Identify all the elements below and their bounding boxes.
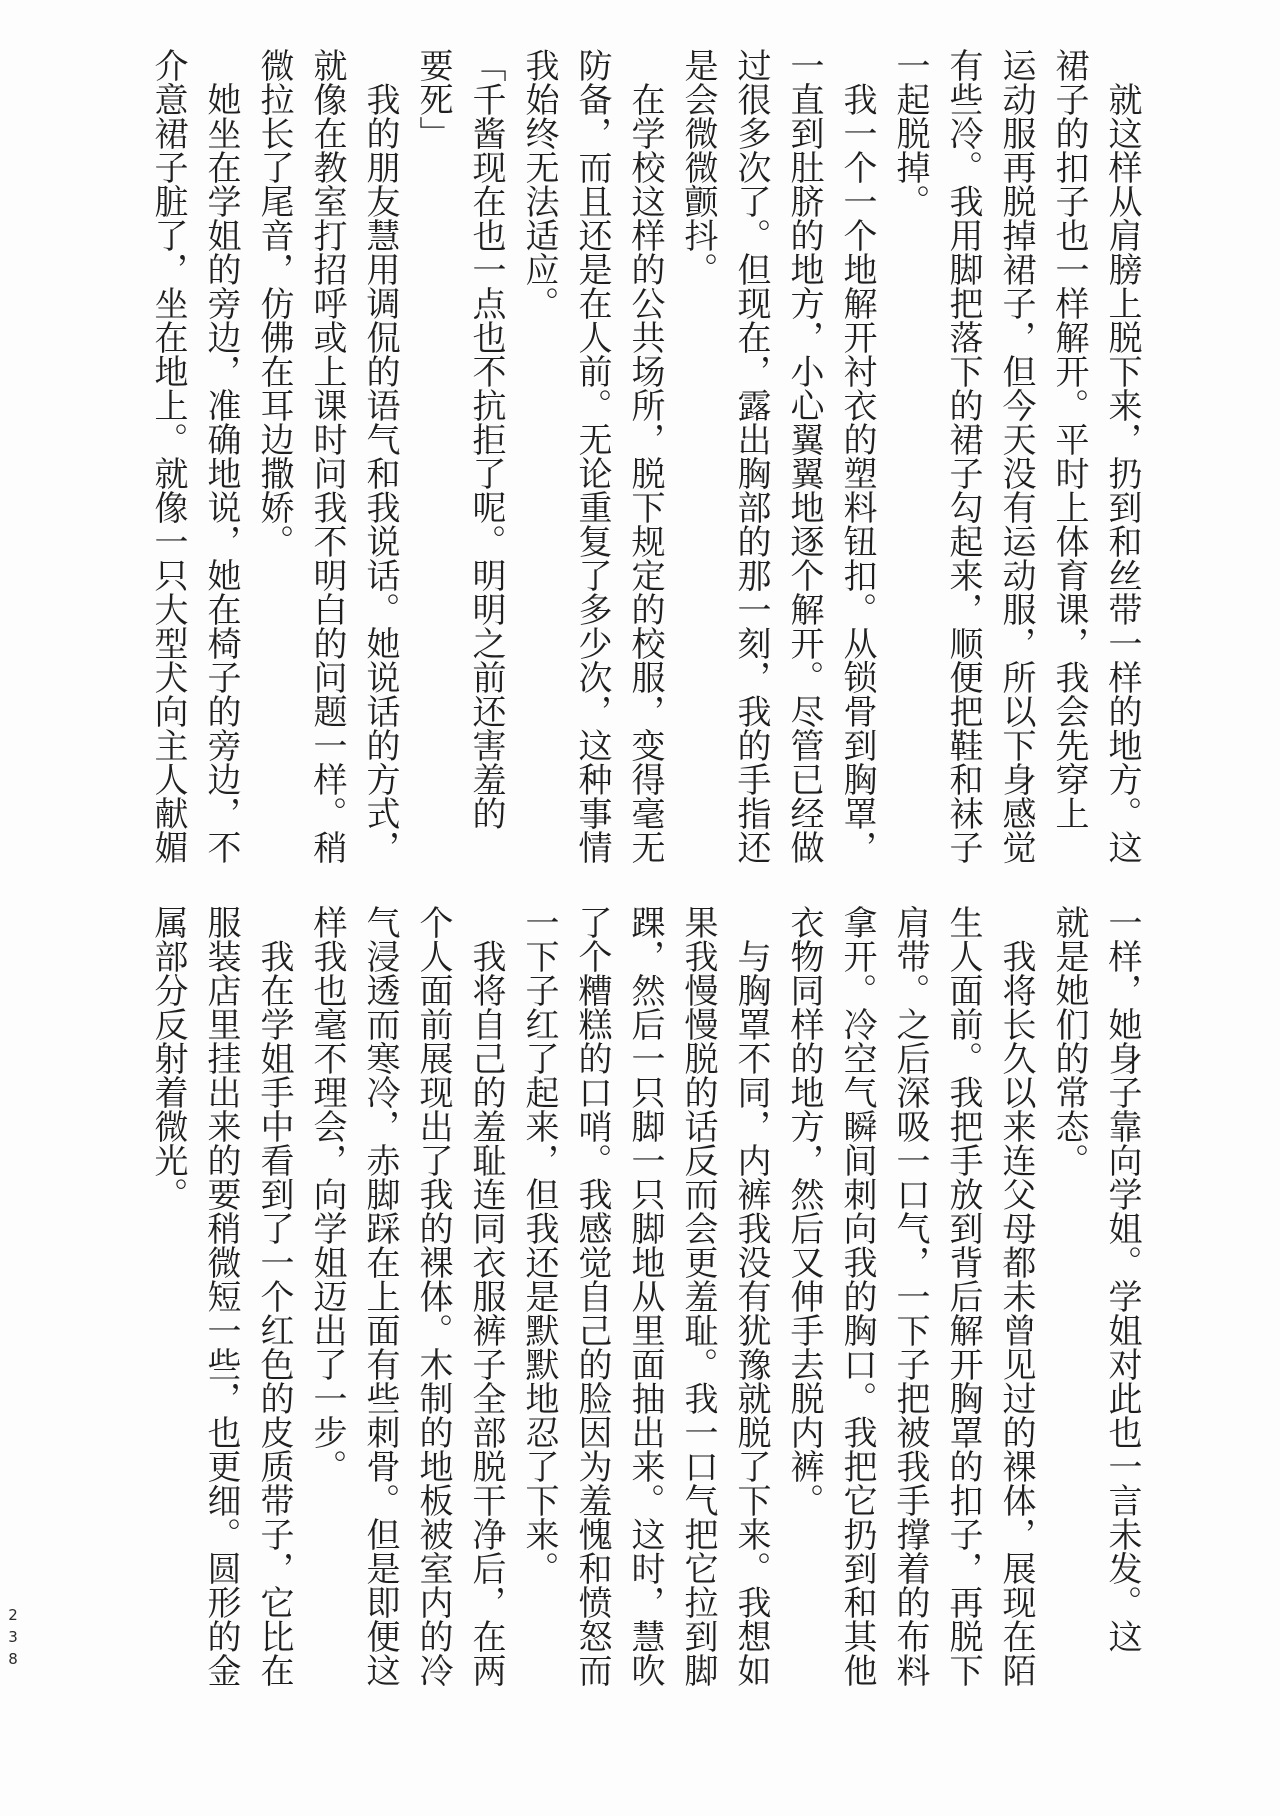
text-column: 要死」 [406,48,459,884]
book-page: 就这样从肩膀上脱下来，扔到和丝带一样的地方。这 裙子的扣子也一样解开。平时上体育… [0,0,1280,1816]
text-column: 了个糟糕的口哨。我感觉自己的脸因为羞愧和愤怒而 [565,905,618,1695]
text-column: 一起脱掉。 [883,48,936,884]
text-column: 衣物同样的地方，然后又伸手去脱内裤。 [777,905,830,1695]
text-column: 在学校这样的公共场所，脱下规定的校服，变得毫无 [618,48,671,884]
text-column: 就是她们的常态。 [1042,905,1095,1695]
text-column: 与胸罩不同，内裤我没有犹豫就脱了下来。我想如 [724,905,777,1695]
text-column: 一直到肚脐的地方，小心翼翼地逐个解开。尽管已经做 [777,48,830,884]
text-column: 「千酱现在也一点也不抗拒了呢。明明之前还害羞的 [459,48,512,884]
text-column: 就这样从肩膀上脱下来，扔到和丝带一样的地方。这 [1095,48,1148,884]
text-column: 我一个一个地解开衬衣的塑料钮扣。从锁骨到胸罩， [830,48,883,884]
text-column: 踝，然后一只脚一只脚地从里面抽出来。这时，慧吹 [618,905,671,1695]
text-column: 微拉长了尾音，仿佛在耳边撒娇。 [247,48,300,884]
text-column: 生人面前。我把手放到背后解开胸罩的扣子，再脱下 [936,905,989,1695]
text-column: 个人面前展现出了我的裸体。木制的地板被室内的冷 [406,905,459,1695]
text-column: 一下子红了起来，但我还是默默地忍了下来。 [512,905,565,1695]
text-column: 运动服再脱掉裙子，但今天没有运动服，所以下身感觉 [989,48,1042,884]
text-column: 是会微微颤抖。 [671,48,724,884]
text-column: 拿开。冷空气瞬间刺向我的胸口。我把它扔到和其他 [830,905,883,1695]
text-column: 我的朋友慧用调侃的语气和我说话。她说话的方式， [353,48,406,884]
text-column: 一样，她身子靠向学姐。学姐对此也一言未发。这 [1095,905,1148,1695]
text-column: 我将自己的羞耻连同衣服裤子全部脱干净后，在两 [459,905,512,1695]
text-column: 样我也毫不理会，向学姐迈出了一步。 [300,905,353,1695]
text-column: 有些冷。我用脚把落下的裙子勾起来，顺便把鞋和袜子 [936,48,989,884]
text-column: 过很多次了。但现在，露出胸部的那一刻，我的手指还 [724,48,777,884]
text-column: 她坐在学姐的旁边，准确地说，她在椅子的旁边，不 [194,48,247,884]
text-column: 果我慢慢脱的话反而会更羞耻。我一口气把它拉到脚 [671,905,724,1695]
text-column: 我始终无法适应。 [512,48,565,884]
text-column: 我在学姐手中看到了一个红色的皮质带子，它比在 [247,905,300,1695]
text-column: 属部分反射着微光。 [141,905,194,1695]
text-column: 就像在教室打招呼或上课时问我不明白的问题一样。稍 [300,48,353,884]
page-number: 238 [4,1606,22,1672]
text-column: 介意裙子脏了，坐在地上。就像一只大型犬向主人献媚 [141,48,194,884]
text-column: 肩带。之后深吸一口气，一下子把被我手撑着的布料 [883,905,936,1695]
text-column: 裙子的扣子也一样解开。平时上体育课，我会先穿上 [1042,48,1095,884]
text-block-top: 就这样从肩膀上脱下来，扔到和丝带一样的地方。这 裙子的扣子也一样解开。平时上体育… [140,48,1148,884]
text-column: 我将长久以来连父母都未曾见过的裸体，展现在陌 [989,905,1042,1695]
text-block-bottom: 一样，她身子靠向学姐。学姐对此也一言未发。这 就是她们的常态。 我将长久以来连父… [140,905,1148,1695]
text-column: 气浸透而寒冷，赤脚踩在上面有些刺骨。但是即便这 [353,905,406,1695]
text-column: 服装店里挂出来的要稍微短一些，也更细。圆形的金 [194,905,247,1695]
text-column: 防备，而且还是在人前。无论重复了多少次，这种事情 [565,48,618,884]
